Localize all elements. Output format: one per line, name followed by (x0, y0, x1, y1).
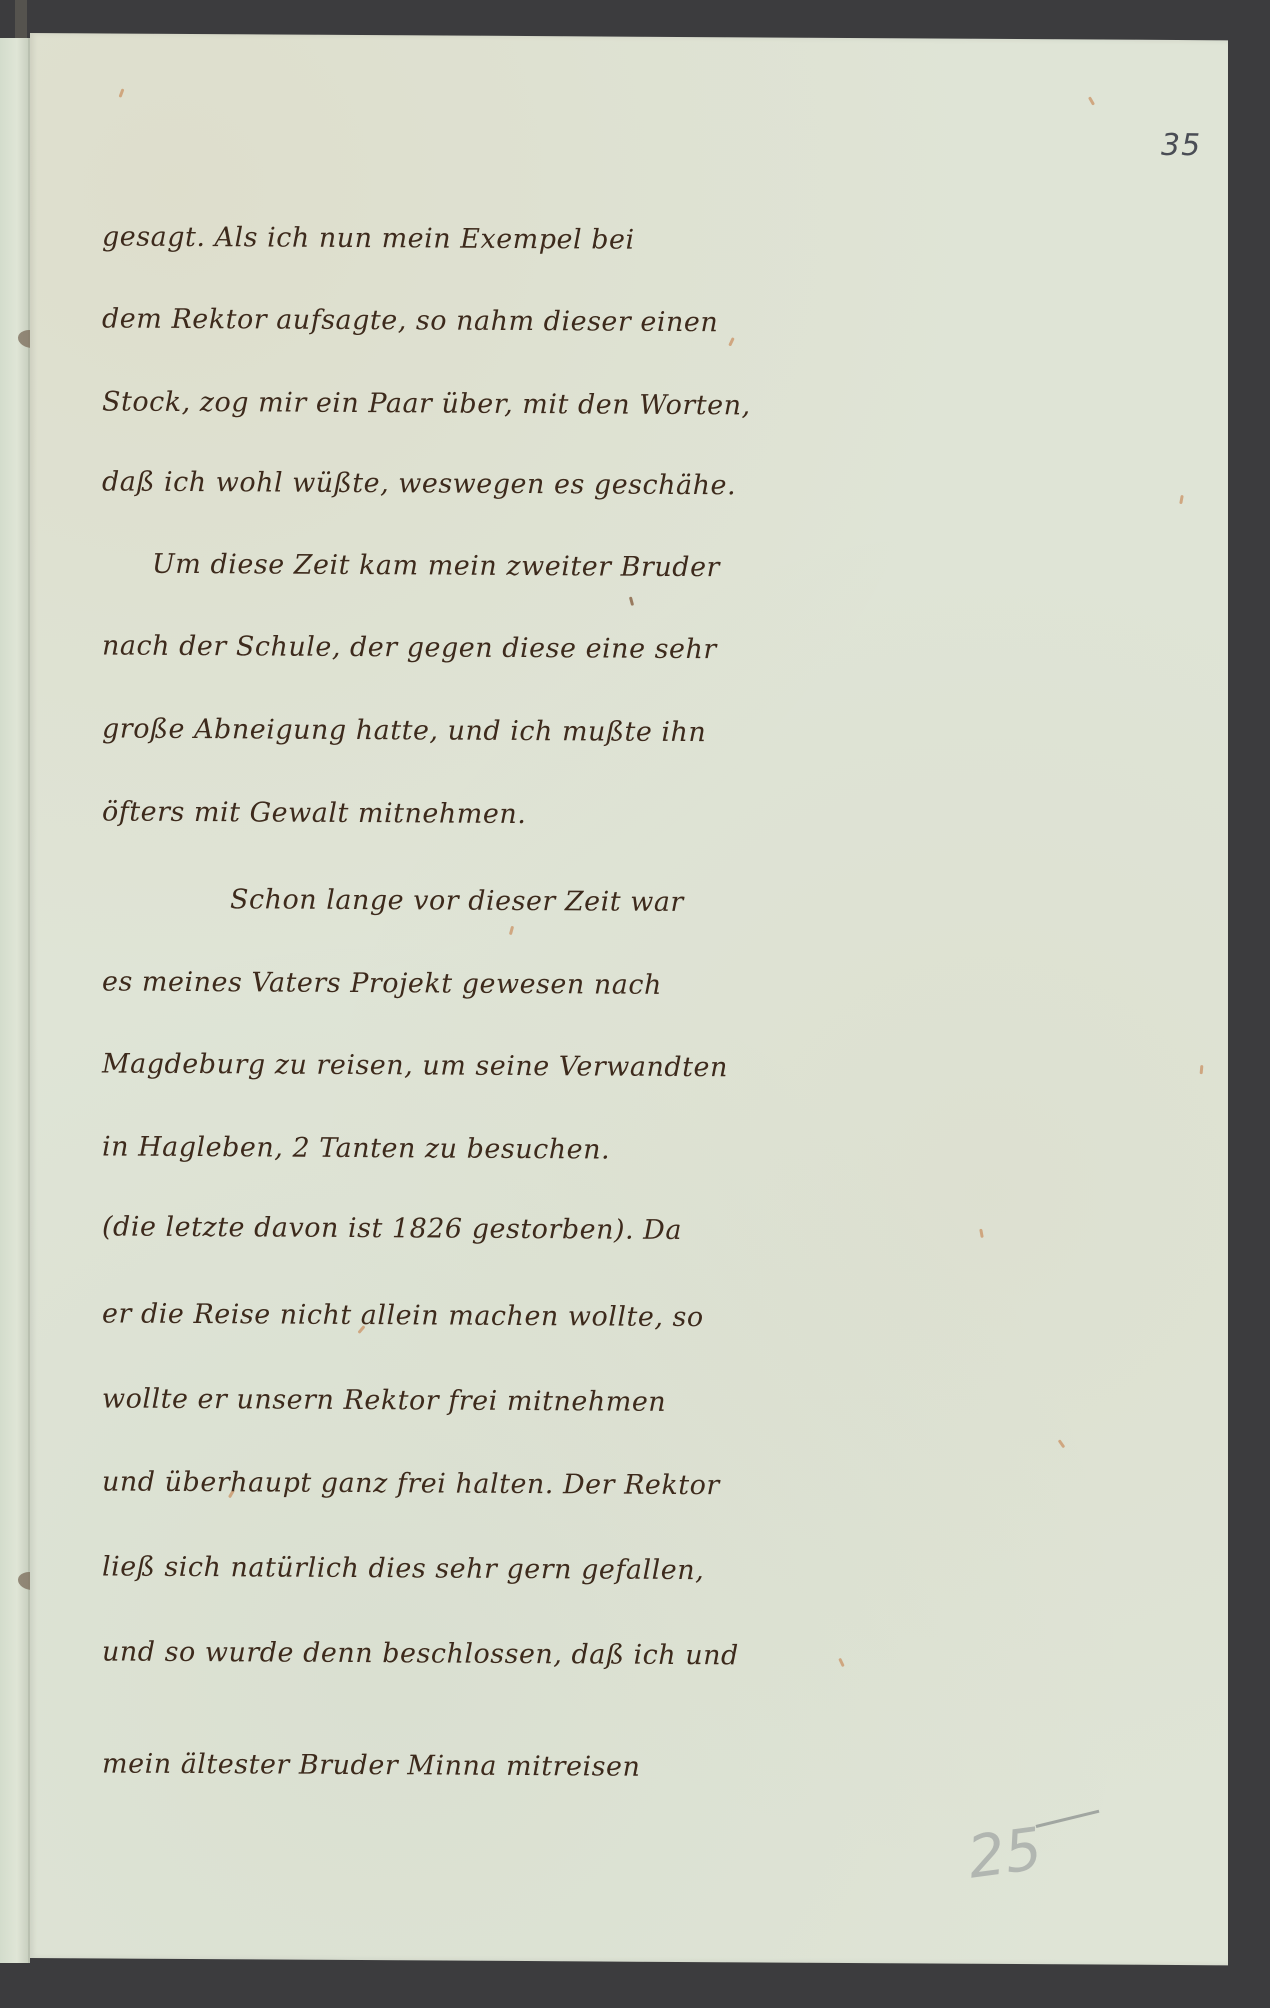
manuscript-line-7: große Abneigung hatte, und ich mußte ihn (102, 713, 706, 748)
pencil-folio-annotation: 25 (964, 1814, 1047, 1891)
manuscript-line-6: nach der Schule, der gegen diese eine se… (102, 630, 717, 665)
paper-fleck (838, 1658, 845, 1667)
paper-fleck (629, 596, 634, 605)
paper-fleck (119, 88, 125, 97)
paper-fleck (1179, 495, 1184, 504)
binding-shadow (15, 0, 27, 38)
manuscript-line-2: dem Rektor aufsagte, so nahm dieser eine… (102, 303, 718, 338)
manuscript-line-16: und überhaupt ganz frei halten. Der Rekt… (102, 1466, 720, 1501)
paper-fleck (1058, 1439, 1066, 1448)
manuscript-line-15: wollte er unsern Rektor frei mitnehmen (102, 1383, 666, 1417)
paper-fleck (1200, 1065, 1204, 1074)
paper-fleck (979, 1229, 984, 1238)
manuscript-line-1: gesagt. Als ich nun mein Exempel bei (102, 221, 635, 255)
previous-page-edge (0, 38, 30, 1963)
manuscript-line-11: Magdeburg zu reisen, um seine Verwandten (102, 1048, 728, 1083)
manuscript-line-8: öfters mit Gewalt mitnehmen. (102, 796, 526, 830)
page-number: 35 (1161, 128, 1201, 163)
pencil-dash-mark (1036, 1810, 1100, 1828)
paper-fleck (509, 926, 514, 935)
manuscript-line-5: Um diese Zeit kam mein zweiter Bruder (152, 549, 720, 583)
manuscript-line-17: ließ sich natürlich dies sehr gern gefal… (102, 1551, 704, 1586)
paper-fleck (1088, 96, 1095, 105)
manuscript-line-10: es meines Vaters Projekt gewesen nach (102, 966, 662, 1000)
manuscript-line-9: Schon lange vor dieser Zeit war (230, 884, 684, 918)
manuscript-line-18: und so wurde denn beschlossen, daß ich u… (102, 1636, 739, 1671)
paper-fleck (728, 337, 735, 346)
manuscript-page: 35 gesagt. Als ich nun mein Exempel bei … (30, 33, 1228, 1965)
manuscript-line-13: (die letzte davon ist 1826 gestorben). D… (102, 1211, 682, 1246)
manuscript-line-19: mein ältester Bruder Minna mitreisen (102, 1748, 640, 1782)
manuscript-line-14: er die Reise nicht allein machen wollte,… (102, 1298, 704, 1333)
manuscript-line-3: Stock, zog mir ein Paar über, mit den Wo… (102, 386, 751, 421)
manuscript-line-4: daß ich wohl wüßte, weswegen es geschähe… (102, 466, 736, 501)
manuscript-line-12: in Hagleben, 2 Tanten zu besuchen. (102, 1131, 610, 1165)
